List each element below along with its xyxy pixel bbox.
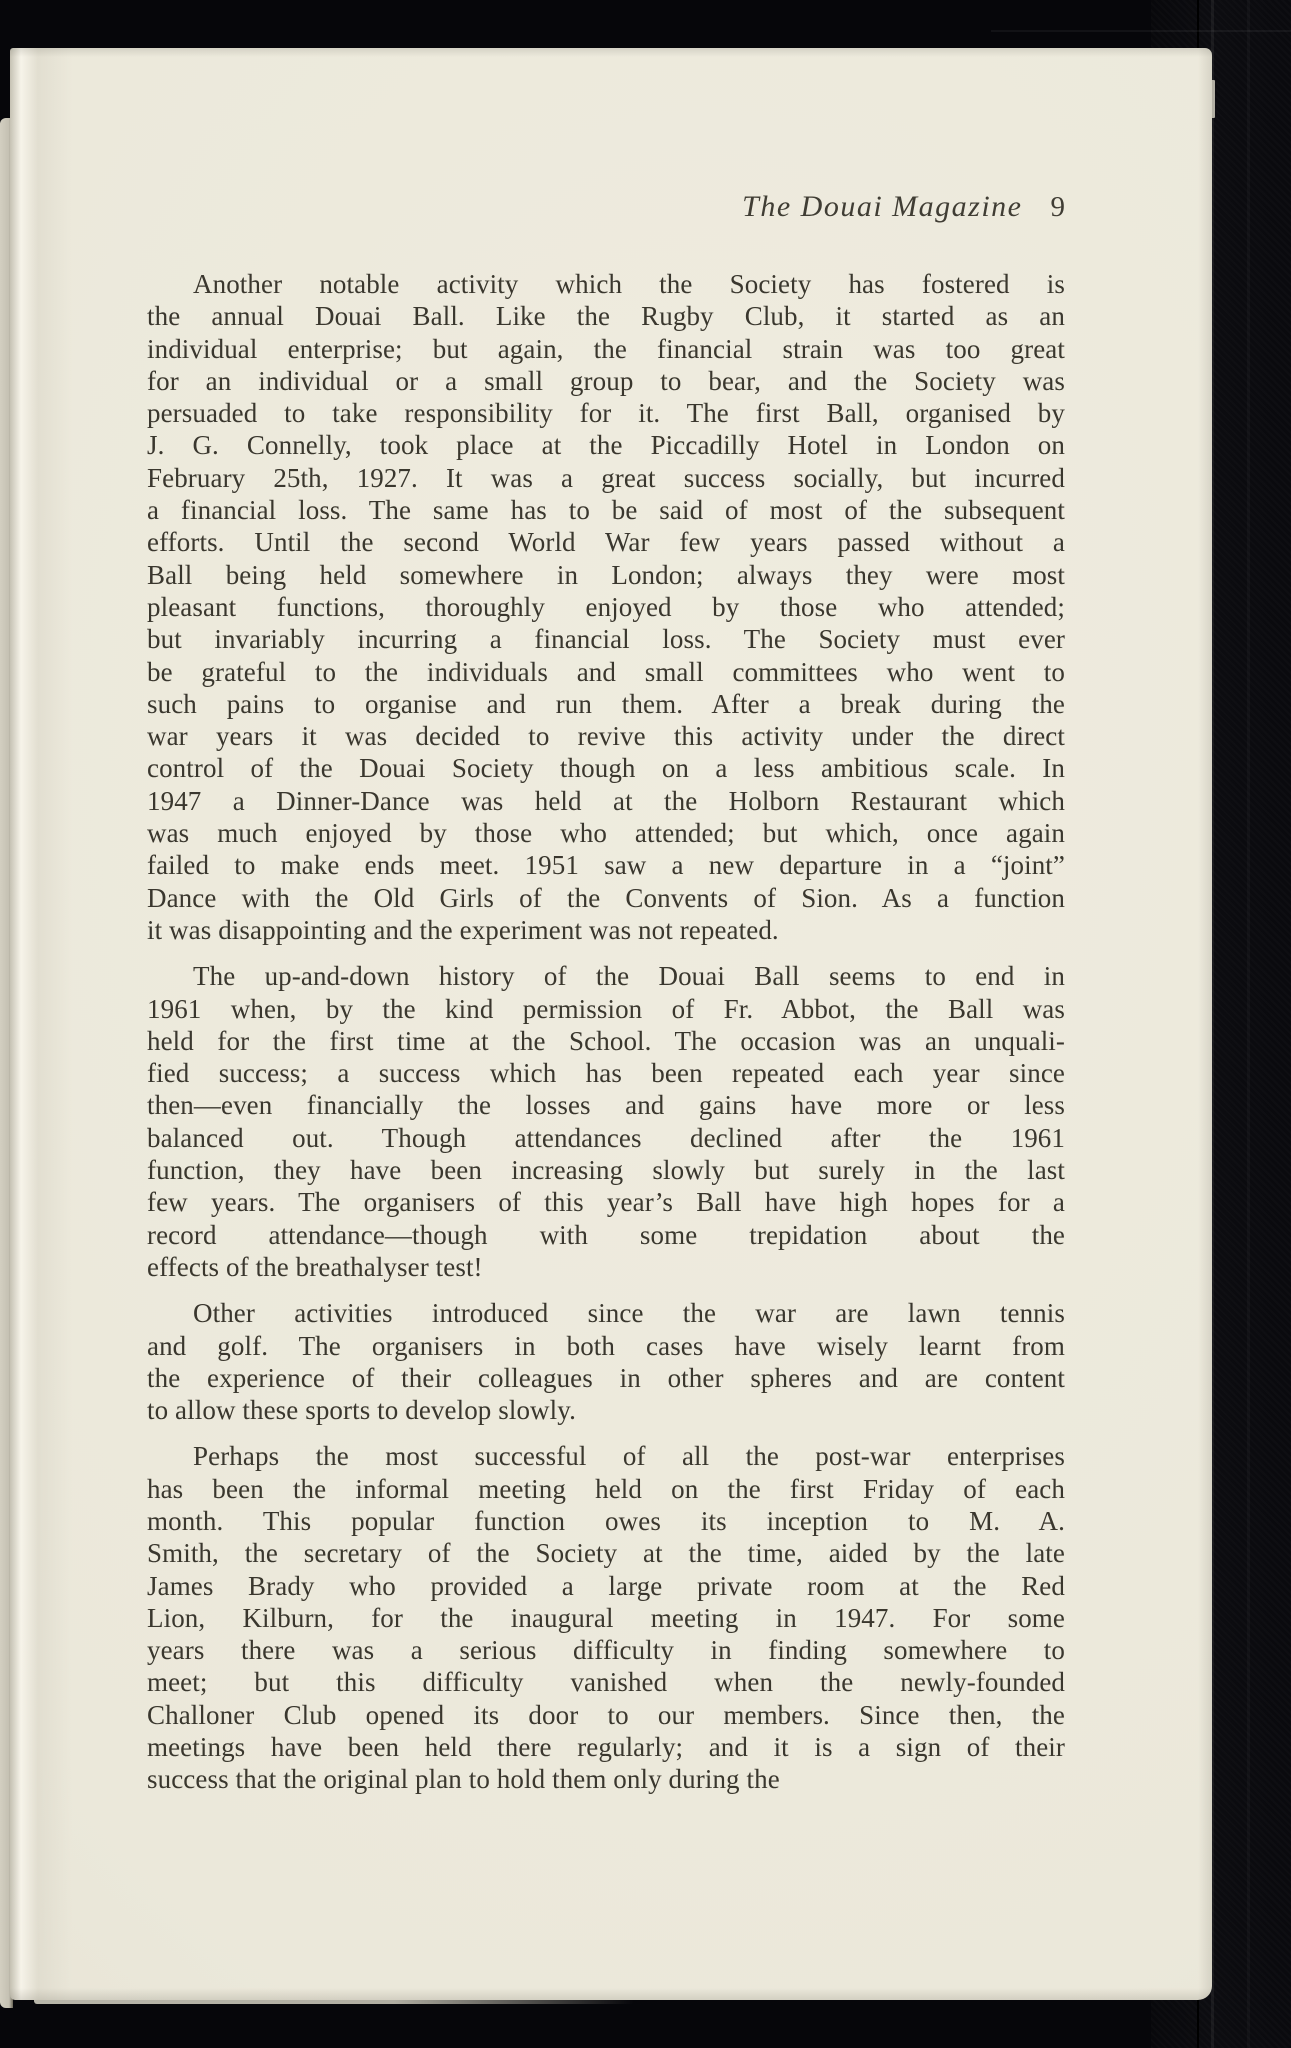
- text-line: Perhaps the most successful of all the p…: [147, 1440, 1065, 1472]
- text-line: and golf. The organisers in both cases h…: [147, 1330, 1065, 1362]
- paragraph: The up-and-down history of the Douai Bal…: [147, 960, 1065, 1283]
- text-line: 1947 a Dinner-Dance was held at the Holb…: [147, 785, 1065, 817]
- text-line: war years it was decided to revive this …: [147, 720, 1065, 752]
- text-line: control of the Douai Society though on a…: [147, 752, 1065, 784]
- text-line: Other activities introduced since the wa…: [147, 1297, 1065, 1329]
- text-line: fied success; a success which has been r…: [147, 1057, 1065, 1089]
- text-line: Dance with the Old Girls of the Convents…: [147, 882, 1065, 914]
- paragraph: Perhaps the most successful of all the p…: [147, 1440, 1065, 1795]
- text-line: the annual Douai Ball. Like the Rugby Cl…: [147, 300, 1065, 332]
- text-line: J. G. Connelly, took place at the Piccad…: [147, 429, 1065, 461]
- page-content: The Douai Magazine 9 Another notable act…: [10, 48, 1212, 1796]
- text-line: effects of the breathalyser test!: [147, 1251, 1065, 1283]
- page-number: 9: [1051, 190, 1066, 224]
- text-line: Challoner Club opened its door to our me…: [147, 1699, 1065, 1731]
- text-line: was much enjoyed by those who attended; …: [147, 817, 1065, 849]
- text-line: efforts. Until the second World War few …: [147, 526, 1065, 558]
- text-line: James Brady who provided a large private…: [147, 1570, 1065, 1602]
- text-line: for an individual or a small group to be…: [147, 365, 1065, 397]
- text-line: meetings have been held there regularly;…: [147, 1731, 1065, 1763]
- text-line: Smith, the secretary of the Society at t…: [147, 1537, 1065, 1569]
- book-photo: The Douai Magazine 9 Another notable act…: [0, 0, 1291, 2048]
- text-line: February 25th, 1927. It was a great succ…: [147, 462, 1065, 494]
- paragraph: Other activities introduced since the wa…: [147, 1297, 1065, 1426]
- text-line: record attendance—though with some trepi…: [147, 1219, 1065, 1251]
- book-page: The Douai Magazine 9 Another notable act…: [10, 48, 1212, 2000]
- text-line: held for the first time at the School. T…: [147, 1025, 1065, 1057]
- text-line: has been the informal meeting held on th…: [147, 1473, 1065, 1505]
- text-line: Ball being held somewhere in London; alw…: [147, 559, 1065, 591]
- text-line: be grateful to the individuals and small…: [147, 656, 1065, 688]
- text-line: individual enterprise; but again, the fi…: [147, 333, 1065, 365]
- text-line: but invariably incurring a financial los…: [147, 623, 1065, 655]
- text-line: persuaded to take responsibility for it.…: [147, 397, 1065, 429]
- text-line: the experience of their colleagues in ot…: [147, 1362, 1065, 1394]
- text-line: pleasant functions, thoroughly enjoyed b…: [147, 591, 1065, 623]
- text-line: The up-and-down history of the Douai Bal…: [147, 960, 1065, 992]
- magazine-title: The Douai Magazine: [742, 190, 1022, 224]
- text-line: success that the original plan to hold t…: [147, 1763, 1065, 1795]
- text-line: then—even financially the losses and gai…: [147, 1089, 1065, 1121]
- text-line: Lion, Kilburn, for the inaugural meeting…: [147, 1602, 1065, 1634]
- text-line: 1961 when, by the kind permission of Fr.…: [147, 993, 1065, 1025]
- text-line: Another notable activity which the Socie…: [147, 268, 1065, 300]
- body-text: Another notable activity which the Socie…: [147, 268, 1065, 1796]
- text-line: balanced out. Though attendances decline…: [147, 1122, 1065, 1154]
- text-line: meet; but this difficulty vanished when …: [147, 1666, 1065, 1698]
- cover-top-edge: [991, 30, 1291, 32]
- running-header: The Douai Magazine 9: [147, 190, 1065, 224]
- text-line: it was disappointing and the experiment …: [147, 914, 1065, 946]
- cover-ridge: [1247, 0, 1250, 2048]
- text-line: a financial loss. The same has to be sai…: [147, 494, 1065, 526]
- paragraph: Another notable activity which the Socie…: [147, 268, 1065, 946]
- text-line: such pains to organise and run them. Aft…: [147, 688, 1065, 720]
- text-line: failed to make ends meet. 1951 saw a new…: [147, 849, 1065, 881]
- text-line: few years. The organisers of this year’s…: [147, 1186, 1065, 1218]
- text-line: function, they have been increasing slow…: [147, 1154, 1065, 1186]
- text-line: month. This popular function owes its in…: [147, 1505, 1065, 1537]
- text-line: to allow these sports to develop slowly.: [147, 1394, 1065, 1426]
- text-line: years there was a serious difficulty in …: [147, 1634, 1065, 1666]
